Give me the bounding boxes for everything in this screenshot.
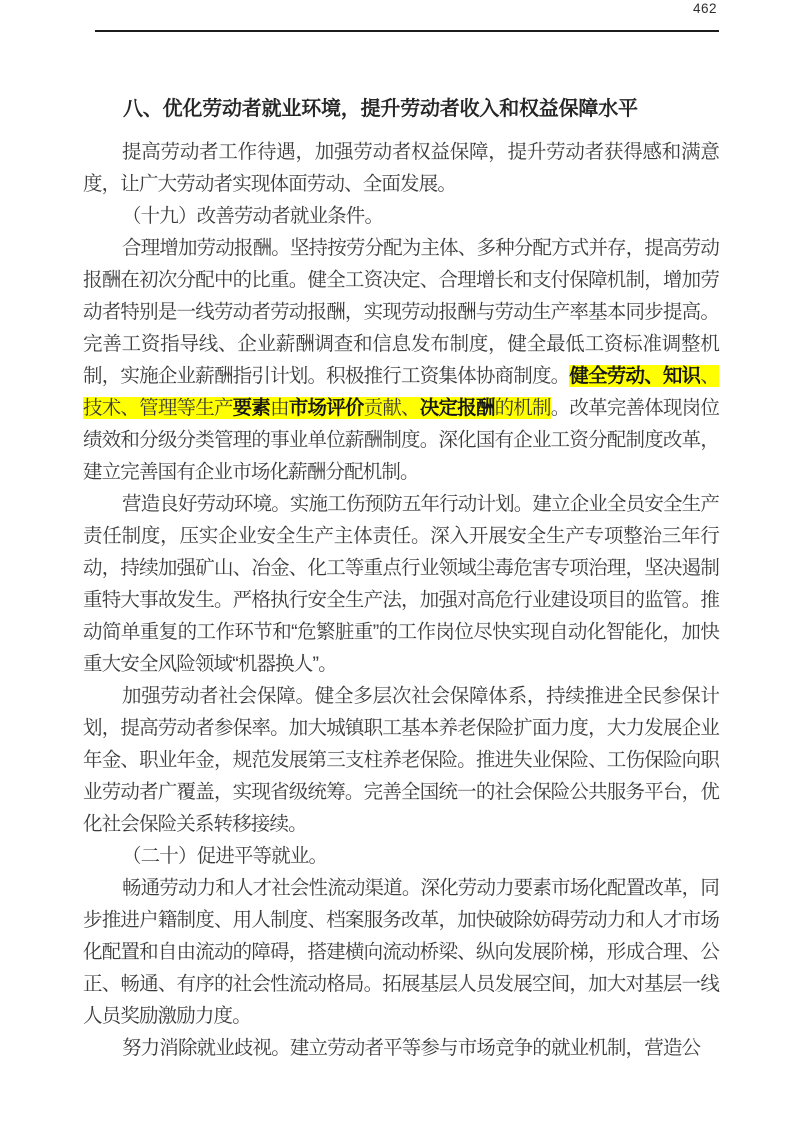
- document-body: 提高劳动者工作待遇，加强劳动者权益保障，提升劳动者获得感和满意度，让广大劳动者实…: [83, 136, 719, 1064]
- highlighted-text: 要素: [233, 397, 270, 419]
- highlighted-text: 由: [270, 397, 289, 419]
- document-content: 八、优化劳动者就业环境，提升劳动者收入和权益保障水平 提高劳动者工作待遇，加强劳…: [83, 97, 719, 1064]
- paragraph: 营造良好劳动环境。实施工伤预防五年行动计划。建立企业全员安全生产责任制度，压实企…: [83, 488, 719, 680]
- paragraph: （二十）促进平等就业。: [83, 840, 719, 872]
- body-text: 加强劳动者社会保障。健全多层次社会保障体系，持续推进全民参保计划，提高劳动者参保…: [83, 685, 719, 835]
- highlighted-text: 市场评价: [289, 397, 364, 419]
- body-text: （二十）促进平等就业。: [122, 845, 327, 867]
- body-text: 努力消除就业歧视。建立劳动者平等参与市场竞争的就业机制，营造公: [122, 1037, 700, 1059]
- document-page: 462 八、优化劳动者就业环境，提升劳动者收入和权益保障水平 提高劳动者工作待遇…: [0, 0, 793, 1122]
- highlighted-text: 知识: [663, 365, 700, 387]
- body-text: （十九）改善劳动者就业条件。: [122, 205, 383, 227]
- paragraph: 加强劳动者社会保障。健全多层次社会保障体系，持续推进全民参保计划，提高劳动者参保…: [83, 680, 719, 840]
- paragraph: （十九）改善劳动者就业条件。: [83, 200, 719, 232]
- paragraph: 提高劳动者工作待遇，加强劳动者权益保障，提升劳动者获得感和满意度，让广大劳动者实…: [83, 136, 719, 200]
- highlighted-text: 贡献、: [364, 397, 420, 419]
- body-text: 提高劳动者工作待遇，加强劳动者权益保障，提升劳动者获得感和满意度，让广大劳动者实…: [83, 141, 719, 195]
- body-text: 畅通劳动力和人才社会性流动渠道。深化劳动力要素市场化配置改革，同步推进户籍制度、…: [83, 877, 719, 1027]
- highlighted-text: 健全劳动、: [569, 365, 663, 387]
- section-heading: 八、优化劳动者就业环境，提升劳动者收入和权益保障水平: [83, 97, 719, 121]
- highlighted-text: 的机制: [495, 397, 551, 419]
- header-divider: [95, 30, 719, 32]
- paragraph: 合理增加劳动报酬。坚持按劳分配为主体、多种分配方式并存，提高劳动报酬在初次分配中…: [83, 232, 719, 488]
- highlighted-text: 决定报酬: [420, 397, 495, 419]
- body-text: 营造良好劳动环境。实施工伤预防五年行动计划。建立企业全员安全生产责任制度，压实企…: [83, 493, 719, 675]
- page-number: 462: [693, 1, 717, 16]
- paragraph: 畅通劳动力和人才社会性流动渠道。深化劳动力要素市场化配置改革，同步推进户籍制度、…: [83, 872, 719, 1032]
- paragraph: 努力消除就业歧视。建立劳动者平等参与市场竞争的就业机制，营造公: [83, 1032, 719, 1064]
